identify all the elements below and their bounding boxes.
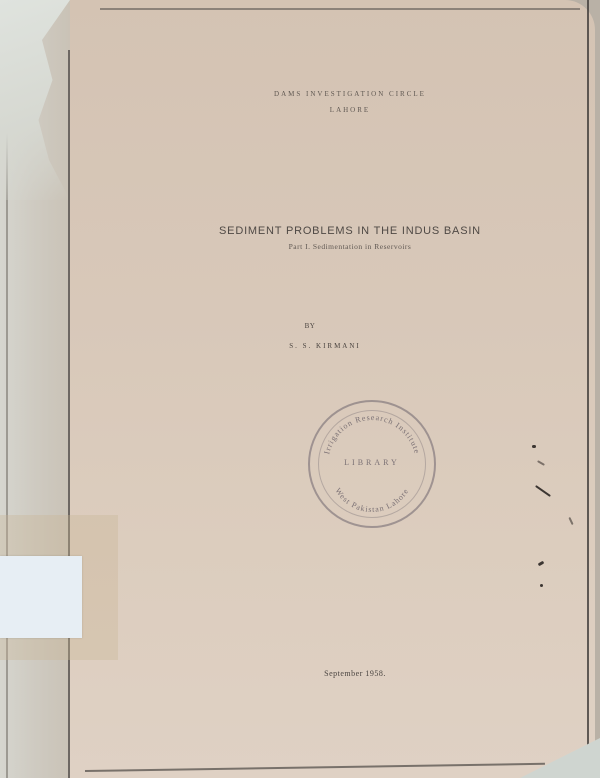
publication-date: September 1958.: [290, 669, 420, 678]
ink-mark: [532, 445, 536, 448]
border-line-right: [587, 0, 589, 778]
by-label: BY: [270, 322, 350, 330]
border-line-left: [68, 50, 70, 778]
library-stamp: Irrigation Research Institute West Pakis…: [308, 400, 436, 528]
document-subtitle: Part I. Sedimentation in Reservoirs: [150, 242, 550, 251]
author-name: S. S. KIRMANI: [260, 342, 390, 350]
svg-text:West Pakistan Lahore: West Pakistan Lahore: [333, 486, 410, 514]
stamp-center-text: LIBRARY: [310, 458, 434, 467]
border-line-top: [100, 8, 580, 10]
organization-name: DAMS INVESTIGATION CIRCLE: [150, 90, 550, 98]
library-spine-label: [0, 556, 82, 638]
stamp-bottom-text: West Pakistan Lahore: [333, 486, 410, 514]
svg-text:Irrigation Research Institute: Irrigation Research Institute: [322, 413, 422, 455]
document-title: SEDIMENT PROBLEMS IN THE INDUS BASIN: [150, 225, 550, 237]
organization-city: LAHORE: [150, 106, 550, 114]
stamp-top-text: Irrigation Research Institute: [322, 413, 422, 455]
cover-page: [70, 0, 595, 778]
ink-mark: [540, 584, 543, 587]
